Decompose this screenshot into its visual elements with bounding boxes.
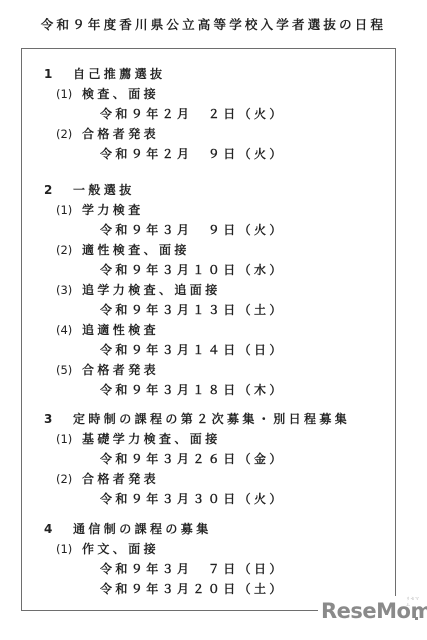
item-label: (2): [56, 243, 82, 257]
item-label: (1): [56, 203, 82, 217]
item-name: 検査、面接: [82, 87, 159, 101]
item-date: 令和９年３月２０日（土）: [100, 582, 285, 596]
section-title: 自己推薦選抜: [73, 67, 165, 81]
schedule-item: (4)追適性検査: [56, 323, 159, 337]
resemom-logo: ReseMom リセマム: [318, 596, 420, 626]
section-heading: 1自己推薦選抜: [44, 67, 165, 81]
item-label: (1): [56, 87, 82, 101]
item-date: 令和９年３月１３日（土）: [100, 303, 285, 317]
item-name: 合格者発表: [82, 363, 159, 377]
section-title: 通信制の課程の募集: [73, 522, 212, 536]
schedule-item: (1)検査、面接: [56, 87, 159, 101]
schedule-item: (1)作文、面接: [56, 542, 159, 556]
item-name: 作文、面接: [82, 542, 159, 556]
section-number: 4: [44, 522, 73, 536]
item-date: 令和９年２月 ２日（火）: [100, 107, 285, 121]
item-name: 合格者発表: [82, 127, 159, 141]
section-heading: 2一般選抜: [44, 183, 135, 197]
item-label: (1): [56, 432, 82, 446]
schedule-item: (1)基礎学力検査、面接: [56, 432, 221, 446]
item-label: (4): [56, 323, 82, 337]
schedule-item: (2)適性検査、面接: [56, 243, 190, 257]
item-name: 学力検査: [82, 203, 144, 217]
schedule-item: (5)合格者発表: [56, 363, 159, 377]
schedule-item: (2)合格者発表: [56, 472, 159, 486]
item-name: 基礎学力検査、面接: [82, 432, 221, 446]
schedule-item: (3)追学力検査、追面接: [56, 283, 221, 297]
item-label: (2): [56, 127, 82, 141]
section-heading: 3定時制の課程の第２次募集・別日程募集: [44, 412, 350, 426]
section-number: 1: [44, 67, 73, 81]
item-label: (2): [56, 472, 82, 486]
section-title: 一般選抜: [73, 183, 135, 197]
item-name: 適性検査、面接: [82, 243, 190, 257]
section-heading: 4通信制の課程の募集: [44, 522, 212, 536]
item-label: (3): [56, 283, 82, 297]
item-date: 令和９年３月１４日（日）: [100, 343, 285, 357]
item-name: 追学力検査、追面接: [82, 283, 221, 297]
item-date: 令和９年３月 ７日（日）: [100, 562, 285, 576]
item-label: (1): [56, 542, 82, 556]
item-date: 令和９年３月 ９日（火）: [100, 223, 285, 237]
logo-ruby: リセマム: [406, 596, 420, 608]
item-date: 令和９年３月１８日（木）: [100, 383, 285, 397]
section-number: 3: [44, 412, 73, 426]
logo-dot: [415, 617, 418, 620]
item-label: (5): [56, 363, 82, 377]
section-number: 2: [44, 183, 73, 197]
section-title: 定時制の課程の第２次募集・別日程募集: [73, 412, 350, 426]
document-title: 令和９年度香川県公立高等学校入学者選抜の日程: [0, 15, 427, 33]
item-date: 令和９年３月１０日（水）: [100, 263, 285, 277]
item-name: 追適性検査: [82, 323, 159, 337]
item-name: 合格者発表: [82, 472, 159, 486]
item-date: 令和９年３月２６日（金）: [100, 452, 285, 466]
schedule-item: (1)学力検査: [56, 203, 144, 217]
item-date: 令和９年２月 ９日（火）: [100, 147, 285, 161]
item-date: 令和９年３月３０日（火）: [100, 492, 285, 506]
schedule-item: (2)合格者発表: [56, 127, 159, 141]
